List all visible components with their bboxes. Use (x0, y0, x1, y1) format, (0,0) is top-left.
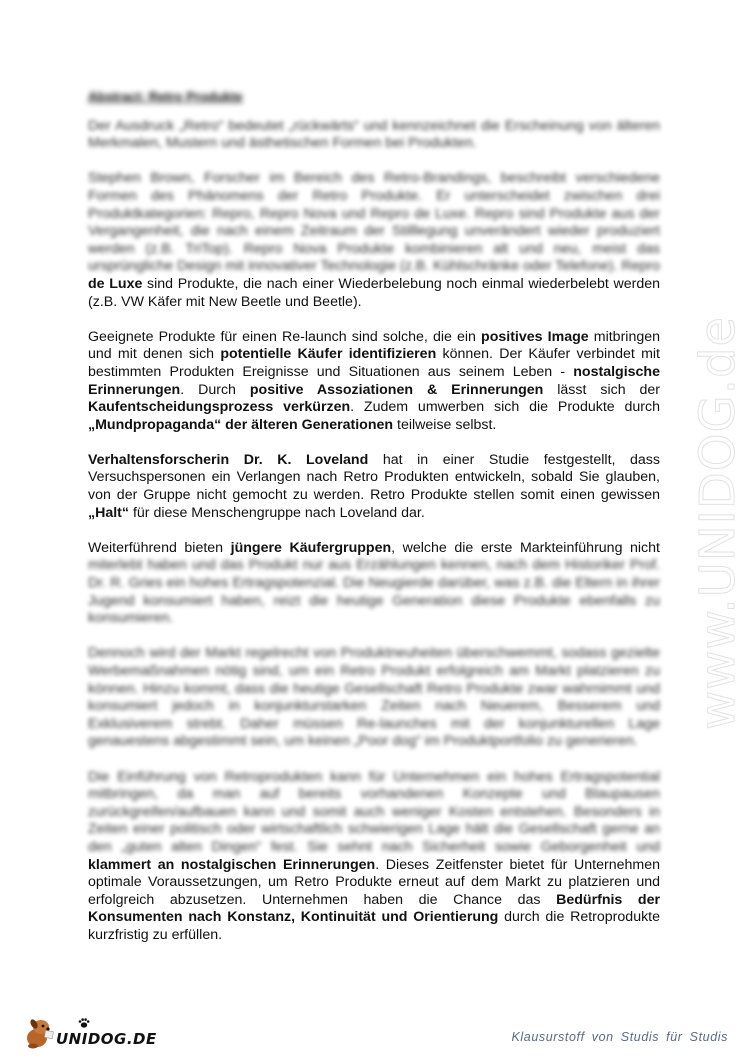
paragraph-relaunch: Geeignete Produkte für einen Re-launch s… (88, 329, 660, 435)
paragraph-younger-buyers: Weiterführend bieten jüngere Käufergrupp… (88, 540, 660, 628)
document-page: Abstract: Retro Produkte Der Ausdruck „R… (88, 88, 660, 962)
bold-term: positives Image (481, 329, 589, 345)
bold-term: Kaufentscheidungsprozess verkürzen (88, 399, 350, 415)
bold-term: „Halt“ (88, 505, 129, 521)
text: für diese Menschengruppe nach Loveland d… (129, 505, 425, 521)
footer-tagline: Klausurstoff von Studis für Studis (511, 1030, 728, 1044)
blurred-text: Die Einführung von Retroprodukten kann f… (88, 769, 660, 855)
dog-mascot-icon (22, 1016, 56, 1050)
text: sind Produkte, die nach einer Wiederbele… (88, 276, 660, 310)
text: Weiterführend bieten (88, 540, 231, 556)
paragraph-stephen-brown: Stephen Brown, Forscher im Bereich des R… (88, 170, 660, 311)
bold-term: jüngere Käufergruppen (231, 540, 391, 556)
blurred-text: miterlebt haben und das Produkt nur aus … (88, 557, 660, 626)
text: . Durch (180, 382, 250, 398)
watermark-text: www.UNIDOG.de (690, 316, 746, 730)
bold-term: „Mundpropaganda“ der älteren Generatione… (88, 417, 393, 433)
bold-term: potentielle Käufer identifizieren (220, 346, 436, 362)
document-title: Abstract: Retro Produkte (88, 88, 660, 106)
paragraph-retro-definition: Der Ausdruck „Retro“ bedeutet „rückwärts… (88, 118, 660, 153)
text: lässt sich der (543, 382, 660, 398)
text: Geeignete Produkte für einen Re-launch s… (88, 329, 481, 345)
paragraph-loveland: Verhaltensforscherin Dr. K. Loveland hat… (88, 452, 660, 522)
watermark-graphic: www.UNIDOG.de (690, 285, 750, 735)
bold-term: positive Assoziationen & Erinnerungen (250, 382, 543, 398)
watermark: www.UNIDOG.de (690, 285, 750, 735)
text: . Zudem umwerben sich die Produkte durch (350, 399, 660, 415)
text: teilweise selbst. (393, 417, 496, 433)
bold-term: klammert an nostalgischen Erinnerungen (88, 857, 375, 873)
paragraph-market: Dennoch wird der Markt regelrecht von Pr… (88, 645, 660, 751)
paw-icon (78, 1018, 90, 1028)
bold-term: Verhaltensforscherin Dr. K. Loveland (88, 452, 368, 468)
paragraph-introduction: Die Einführung von Retroprodukten kann f… (88, 769, 660, 945)
unidog-logo[interactable]: UNIDOG.DE (22, 1014, 162, 1050)
blurred-text: Stephen Brown, Forscher im Bereich des R… (88, 170, 660, 274)
logo-text: UNIDOG.DE (56, 1030, 157, 1048)
text: , welche die erste Markteinführung nicht (391, 540, 660, 556)
bold-term: de Luxe (88, 276, 142, 292)
